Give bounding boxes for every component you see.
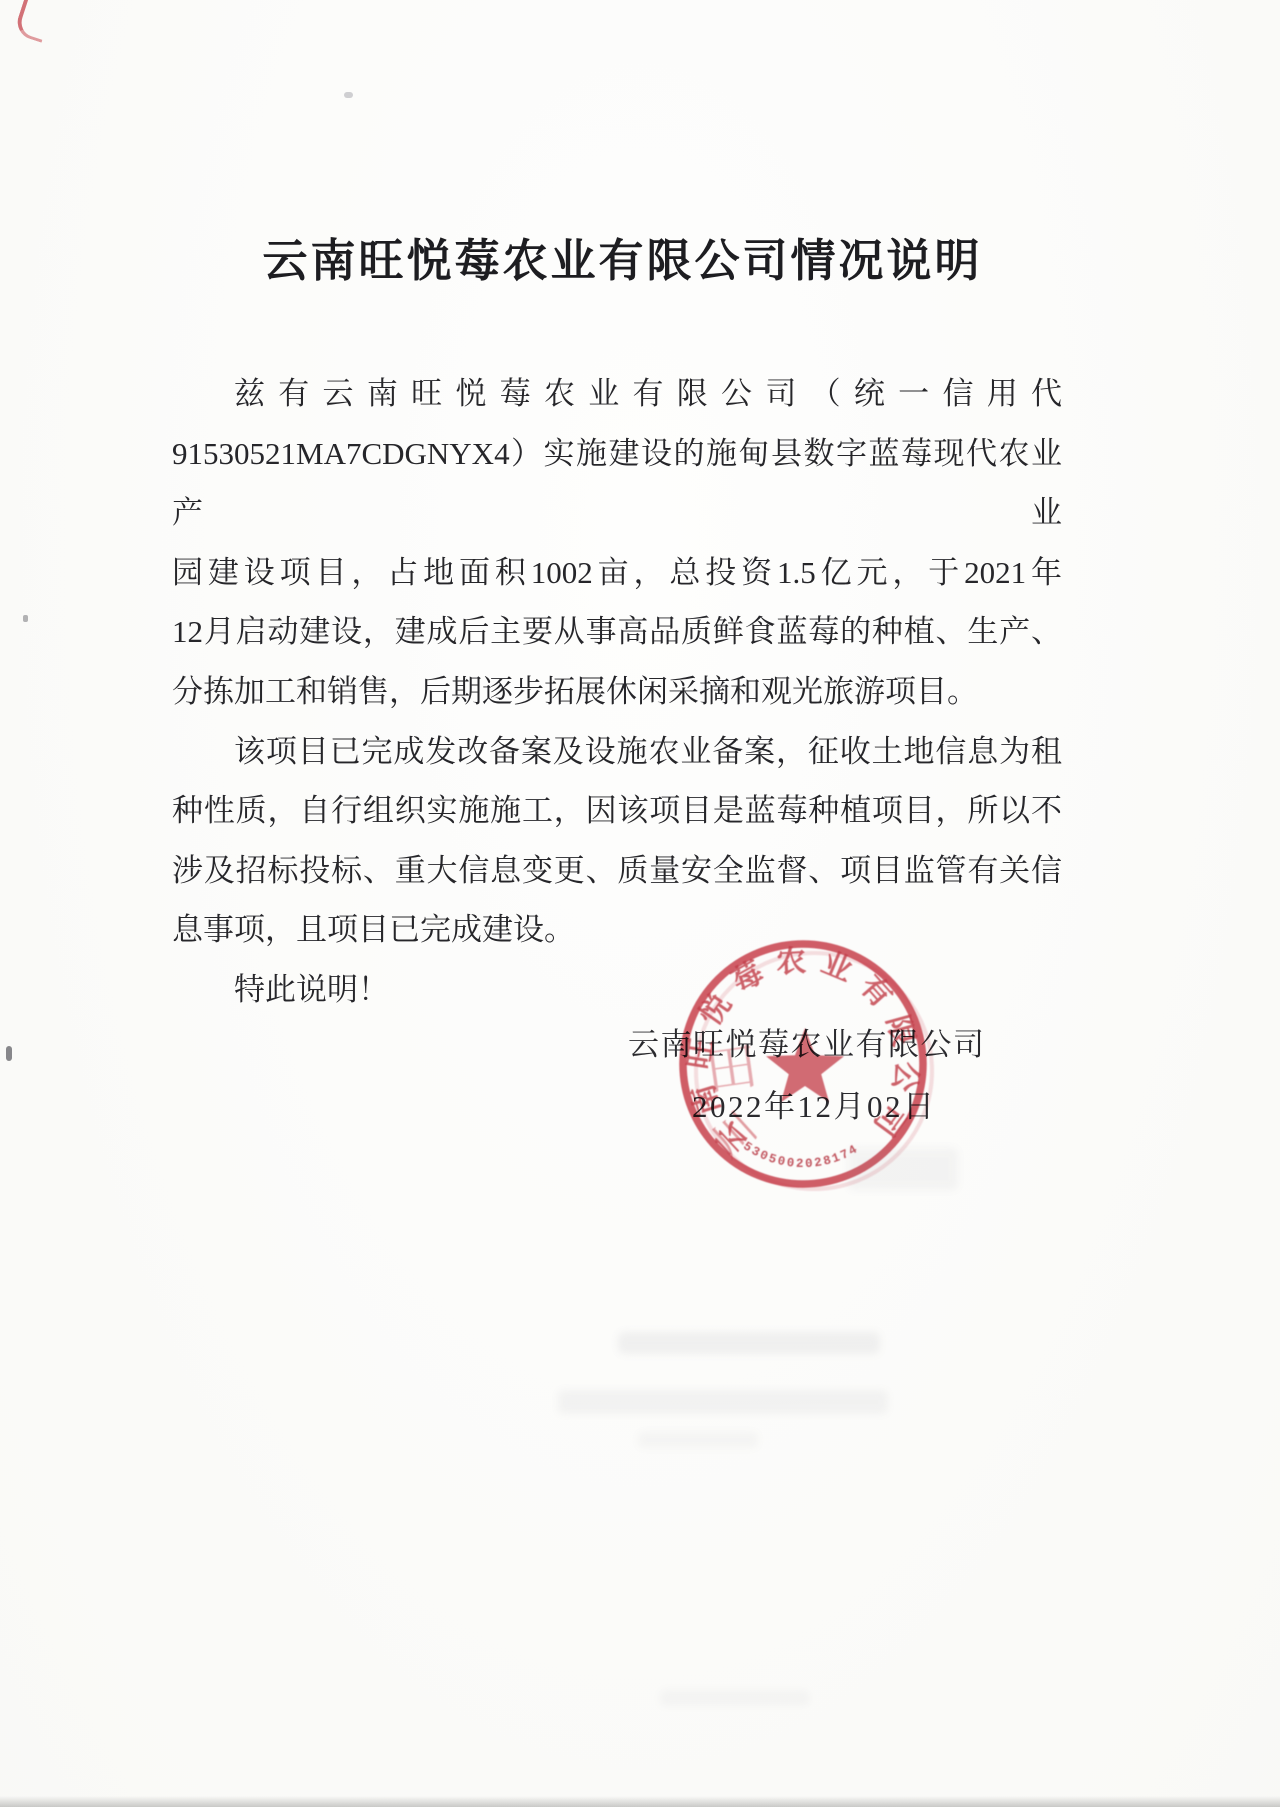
scan-artifact [13, 0, 53, 43]
scan-artifact [660, 1690, 810, 1706]
signature-date: 2022年12月02日 [692, 1081, 937, 1126]
scan-artifact [558, 1390, 888, 1414]
body-line: 分拣加工和销售，后期逐步拓展休闲采摘和观光旅游项目。 [172, 662, 1062, 722]
seal-registration-code: 5305002028174 [740, 1139, 861, 1171]
scan-artifact [344, 92, 353, 98]
svg-text:5305002028174: 5305002028174 [740, 1139, 861, 1171]
body-line: 园建设项目，占地面积1002亩，总投资1.5亿元，于2021年 [172, 543, 1062, 603]
body-line: 91530521MA7CDGNYX4）实施建设的施甸县数字蓝莓现代农业产业 [172, 424, 1062, 543]
scan-artifact [23, 615, 28, 622]
body-line: 种性质，自行组织实施施工，因该项目是蓝莓种植项目，所以不 [172, 781, 1062, 841]
body-line: 兹有云南旺悦莓农业有限公司（统一信用代 [172, 364, 1062, 424]
page-title: 云南旺悦莓农业有限公司情况说明 [0, 224, 1245, 289]
document-body: 兹有云南旺悦莓农业有限公司（统一信用代 91530521MA7CDGNYX4）实… [172, 364, 1062, 1020]
scan-artifact [848, 1148, 958, 1190]
scan-artifact [618, 1332, 880, 1354]
closing-statement: 特此说明！ [172, 960, 1062, 1020]
body-line: 12月启动建设，建成后主要从事高品质鲜食蓝莓的种植、生产、 [172, 602, 1062, 662]
scan-artifact [638, 1432, 758, 1448]
scan-edge-shadow [0, 1796, 1280, 1807]
body-line: 息事项，且项目已完成建设。 [172, 900, 1062, 960]
body-line: 该项目已完成发改备案及设施农业备案，征收土地信息为租 [172, 722, 1062, 782]
signature-company-name: 云南旺悦莓农业有限公司 [628, 1019, 986, 1064]
scanned-document-page: 云南旺悦莓农业有限公司情况说明 兹有云南旺悦莓农业有限公司（统一信用代 9153… [0, 0, 1280, 1807]
body-line: 涉及招标投标、重大信息变更、质量安全监督、项目监管有关信 [172, 841, 1062, 901]
scan-artifact [6, 1046, 12, 1061]
